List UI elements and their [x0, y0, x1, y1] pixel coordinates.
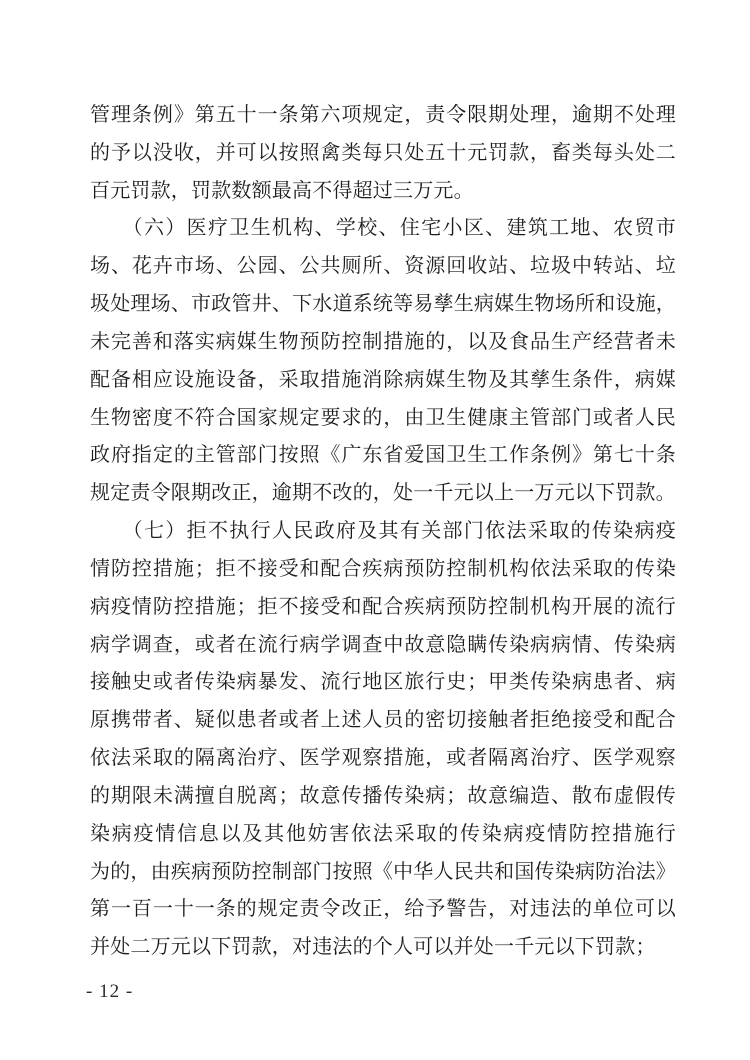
text-line: 政府指定的主管部门按照《广东省爱国卫生工作条例》第七十条: [90, 437, 676, 475]
document-page: 管理条例》第五十一条第六项规定，责令限期处理，逾期不处理的予以没收，并可以按照禽…: [0, 0, 750, 1060]
text-line: 第一百一十一条的规定责令改正，给予警告，对违法的单位可以: [90, 891, 676, 929]
page-number: - 12 -: [86, 980, 133, 1004]
text-line: 情防控措施；拒不接受和配合疾病预防控制机构依法采取的传染: [90, 551, 676, 589]
text-line: 圾处理场、市政管井、下水道系统等易孳生病媒生物场所和设施，: [90, 286, 676, 324]
text-line: 依法采取的隔离治疗、医学观察措施，或者隔离治疗、医学观察: [90, 740, 676, 778]
text-line: 病疫情防控措施；拒不接受和配合疾病预防控制机构开展的流行: [90, 589, 676, 627]
text-line: 管理条例》第五十一条第六项规定，责令限期处理，逾期不处理: [90, 97, 676, 135]
text-line: 场、花卉市场、公园、公共厕所、资源回收站、垃圾中转站、垃: [90, 248, 676, 286]
text-line: 百元罚款，罚款数额最高不得超过三万元。: [90, 173, 676, 211]
text-line: 染病疫情信息以及其他妨害依法采取的传染病疫情防控措施行: [90, 816, 676, 854]
text-line: 规定责令限期改正，逾期不改的，处一千元以上一万元以下罚款。: [90, 475, 676, 513]
text-line: 为的，由疾病预防控制部门按照《中华人民共和国传染病防治法》: [90, 854, 676, 892]
text-line: 原携带者、疑似患者或者上述人员的密切接触者拒绝接受和配合: [90, 702, 676, 740]
text-line: 病学调查，或者在流行病学调查中故意隐瞒传染病病情、传染病: [90, 627, 676, 665]
text-line: 配备相应设施设备，采取措施消除病媒生物及其孳生条件，病媒: [90, 362, 676, 400]
text-line: （六）医疗卫生机构、学校、住宅小区、建筑工地、农贸市: [90, 210, 676, 248]
text-line: 的予以没收，并可以按照禽类每只处五十元罚款，畜类每头处二: [90, 135, 676, 173]
text-line: 的期限未满擅自脱离；故意传播传染病；故意编造、散布虚假传: [90, 778, 676, 816]
text-line: （七）拒不执行人民政府及其有关部门依法采取的传染病疫: [90, 513, 676, 551]
text-line: 接触史或者传染病暴发、流行地区旅行史；甲类传染病患者、病: [90, 664, 676, 702]
text-line: 生物密度不符合国家规定要求的，由卫生健康主管部门或者人民: [90, 400, 676, 438]
text-line: 并处二万元以下罚款，对违法的个人可以并处一千元以下罚款；: [90, 929, 676, 967]
text-line: 未完善和落实病媒生物预防控制措施的，以及食品生产经营者未: [90, 324, 676, 362]
document-body: 管理条例》第五十一条第六项规定，责令限期处理，逾期不处理的予以没收，并可以按照禽…: [90, 97, 676, 967]
